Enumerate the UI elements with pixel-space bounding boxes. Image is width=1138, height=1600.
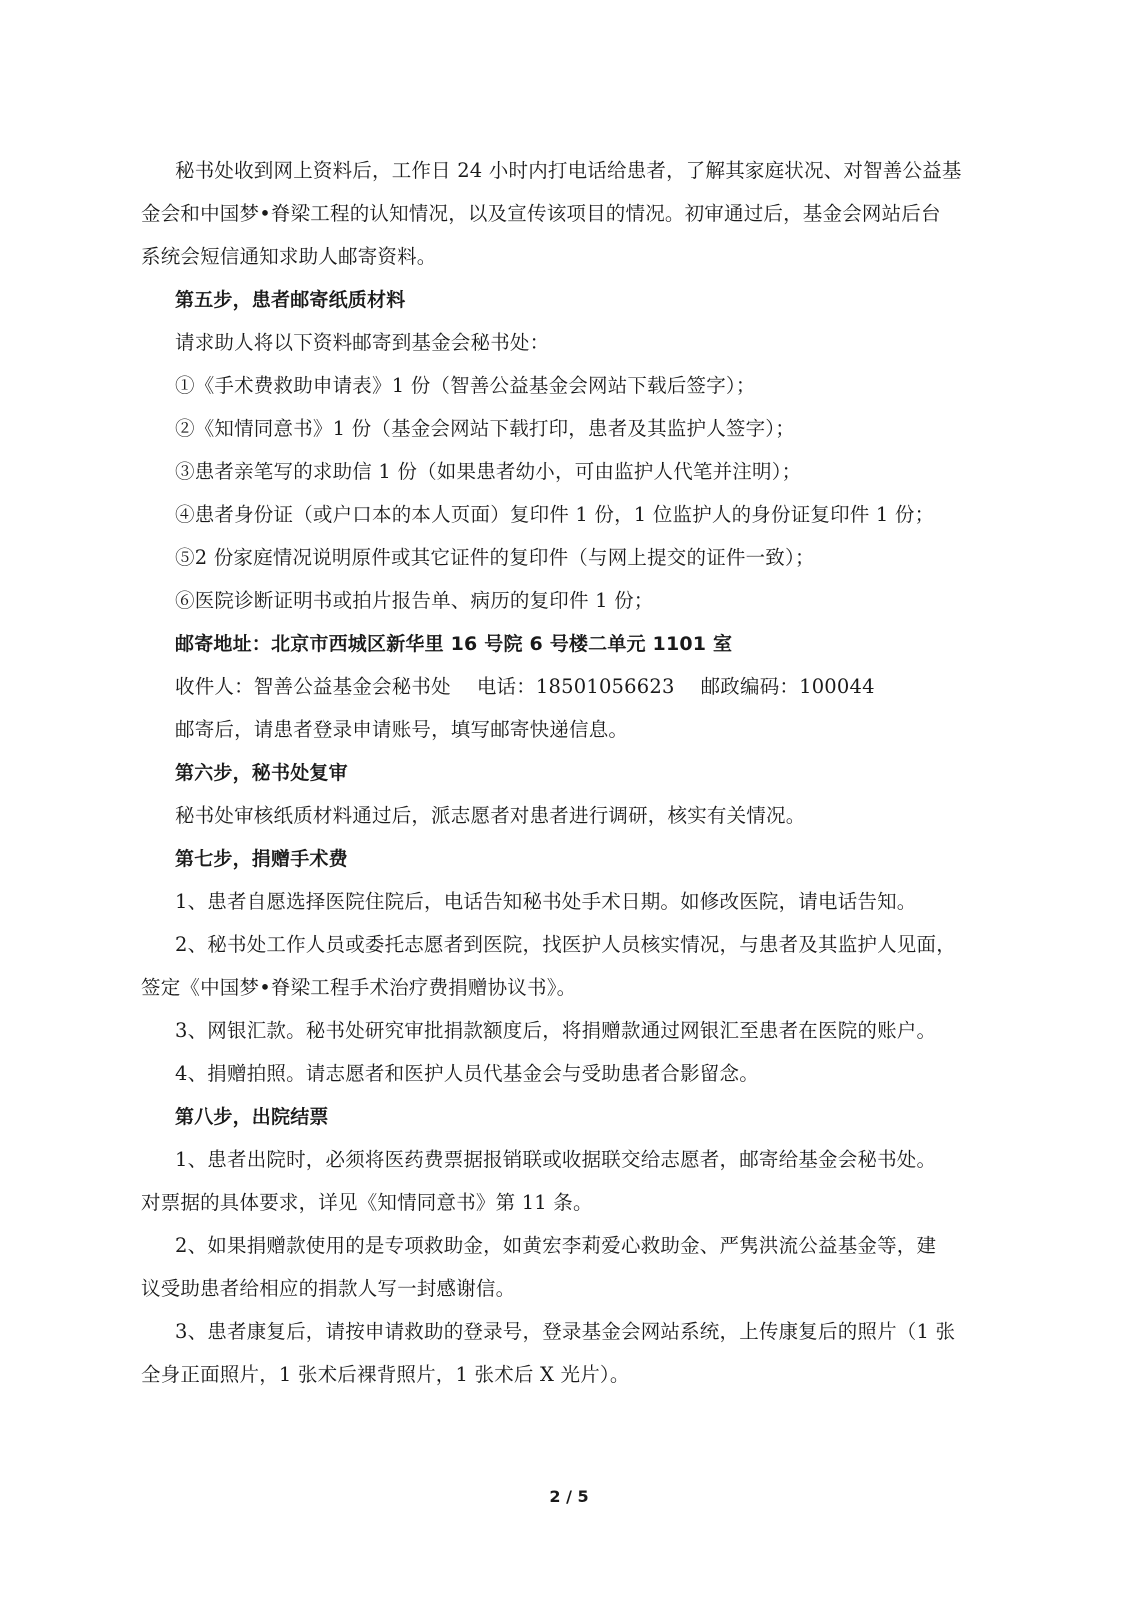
step5-item-4: ④患者身份证（或户口本的本人页面）复印件 1 份，1 位监护人的身份证复印件 1… [175,502,1035,528]
step5-item-2: ②《知情同意书》1 份（基金会网站下载打印，患者及其监护人签字）； [175,416,1035,442]
step5-item-5: ⑤2 份家庭情况说明原件或其它证件的复印件（与网上提交的证件一致）； [175,545,1035,571]
step8-item-1-line-2: 对票据的具体要求，详见《知情同意书》第 11 条。 [141,1190,1001,1216]
step7-heading: 第七步，捐赠手术费 [175,846,1035,872]
step8-item-2-line-1: 2、如果捐赠款使用的是专项救助金，如黄宏李莉爱心救助金、严隽洪流公益基金等，建 [175,1233,1035,1259]
recipient: 收件人：智善公益基金会秘书处 [175,675,451,698]
step8-heading: 第八步，出院结票 [175,1104,1035,1130]
step8-item-1-line-1: 1、患者出院时，必须将医药费票据报销联或收据联交给志愿者，邮寄给基金会秘书处。 [175,1147,1035,1173]
step7-item-4: 4、捐赠拍照。请志愿者和医护人员代基金会与受助患者合影留念。 [175,1061,1035,1087]
intro-paragraph-line-2: 金会和中国梦•脊梁工程的认知情况，以及宣传该项目的情况。初审通过后，基金会网站后… [141,201,1001,227]
mailing-address: 邮寄地址：北京市西城区新华里 16 号院 6 号楼二单元 1101 室 [175,631,1035,657]
step8-item-3-line-1: 3、患者康复后，请按申请救助的登录号，登录基金会网站系统，上传康复后的照片（1 … [175,1319,1035,1345]
step5-item-3: ③患者亲笔写的求助信 1 份（如果患者幼小，可由监护人代笔并注明）； [175,459,1035,485]
step8-item-3-line-2: 全身正面照片，1 张术后裸背照片，1 张术后 X 光片）。 [141,1362,1001,1388]
intro-paragraph-line-3: 系统会短信通知求助人邮寄资料。 [141,244,1001,270]
step8-item-2-line-2: 议受助患者给相应的捐款人写一封感谢信。 [141,1276,1001,1302]
step5-item-6: ⑥医院诊断证明书或拍片报告单、病历的复印件 1 份； [175,588,1035,614]
step7-item-1: 1、患者自愿选择医院住院后，电话告知秘书处手术日期。如修改医院，请电话告知。 [175,889,1035,915]
document-page: 秘书处收到网上资料后，工作日 24 小时内打电话给患者，了解其家庭状况、对智善公… [0,0,1138,1600]
step6-heading: 第六步，秘书处复审 [175,760,1035,786]
step5-lead: 请求助人将以下资料邮寄到基金会秘书处： [175,330,1035,356]
step5-heading: 第五步，患者邮寄纸质材料 [175,287,1035,313]
step5-item-1: ①《手术费救助申请表》1 份（智善公益基金会网站下载后签字）； [175,373,1035,399]
intro-paragraph-line-1: 秘书处收到网上资料后，工作日 24 小时内打电话给患者，了解其家庭状况、对智善公… [175,158,1035,184]
step7-item-3: 3、网银汇款。秘书处研究审批捐款额度后，将捐赠款通过网银汇至患者在医院的账户。 [175,1018,1035,1044]
after-mail-note: 邮寄后，请患者登录申请账号，填写邮寄快递信息。 [175,717,1035,743]
step7-item-2-line-1: 2、秘书处工作人员或委托志愿者到医院，找医护人员核实情况，与患者及其监护人见面， [175,932,1035,958]
step6-text: 秘书处审核纸质材料通过后，派志愿者对患者进行调研，核实有关情况。 [175,803,1035,829]
phone: 电话：18501056623 [477,675,675,698]
postcode: 邮政编码：100044 [701,675,875,698]
step7-item-2-line-2: 签定《中国梦•脊梁工程手术治疗费捐赠协议书》。 [141,975,1001,1001]
recipient-info: 收件人：智善公益基金会秘书处电话：18501056623邮政编码：100044 [175,674,1035,700]
page-number: 2 / 5 [0,1487,1138,1506]
